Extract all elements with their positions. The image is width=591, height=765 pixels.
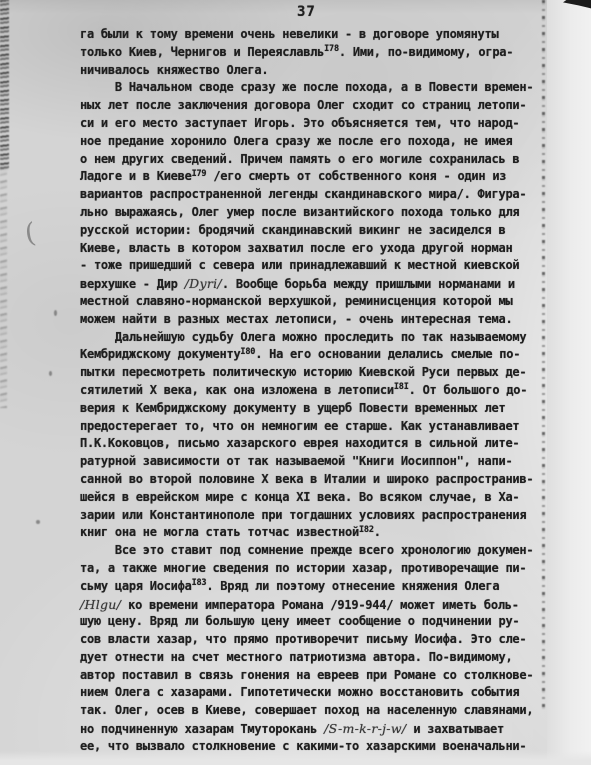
text-line: ных лет после заключения договора Олег с… [80, 97, 552, 115]
scan-left-edge-marks-faint [0, 168, 7, 408]
handwritten-insert: /S-m-k-r-j-w/ [324, 721, 406, 736]
text-line: Киеве, власть в котором захватил после е… [80, 240, 552, 258]
footnote-ref: I82 [359, 525, 374, 535]
footnote-ref: I8I [394, 382, 409, 392]
text-line: Все это ставит под сомнение прежде всего… [80, 542, 552, 560]
text-line: ное предание хоронило Олега сразу же пос… [80, 133, 552, 151]
text-line: шейся в еврейском мире с конца XI века. … [80, 489, 552, 507]
text-line: /Hlgu/ ко времени императора Романа /919… [80, 596, 552, 614]
scan-speck [36, 520, 40, 524]
text-line: зарии или Константинополе при тогдашних … [80, 507, 552, 525]
footnote-ref: I78 [324, 44, 339, 54]
text-line: но подчиненную хазарам Тмуторокань /S-m-… [80, 720, 552, 738]
text-line: верхушке - Дир /Dyri/. Вообще борьба меж… [80, 275, 552, 293]
text-line: местной славяно-норманской верхушкой, ре… [80, 293, 552, 311]
text-line: сьму царя ИосифаI83. Вряд ли поэтому отн… [80, 578, 552, 596]
text-line: только Киев, Чернигов и ПереяславльI78. … [80, 44, 552, 62]
text-line: ее, что вызвало столкновение с какими-то… [80, 738, 552, 756]
footnote-ref: I83 [192, 578, 207, 588]
text-line: П.К.Коковцов, письмо хазарского еврея на… [80, 435, 552, 453]
text-line: вариантов распространенной легенды сканд… [80, 186, 552, 204]
text-line: русской истории: бродячий скандинавский … [80, 222, 552, 240]
footnote-ref: I79 [192, 169, 207, 179]
scan-left-edge-marks [0, 0, 9, 170]
text-line: та, а также многие сведения по истории х… [80, 560, 552, 578]
text-line: сов власти хазар, что прямо противоречит… [80, 631, 552, 649]
text-line: га были к тому времени очень невелики - … [80, 26, 552, 44]
text-line: автор поставил в связь гонения на евреев… [80, 667, 552, 685]
scanned-document-page: ( 37 га были к тому времени очень невели… [0, 0, 591, 765]
text-line: ратурной зависимости от так называемой "… [80, 453, 552, 471]
text-line: льно выражаясь, Олег умер после византий… [80, 204, 552, 222]
text-line: - тоже пришедший с севера или принадлежа… [80, 257, 552, 275]
text-line: верия к Кембриджскому документу в ущерб … [80, 400, 552, 418]
text-line: так. Олег, осев в Киеве, совершает поход… [80, 702, 552, 720]
text-line: нием Олега с хазарами. Гипотетически мож… [80, 684, 552, 702]
typewritten-text: га были к тому времени очень невелики - … [80, 26, 552, 756]
text-line: шую цену. Вряд ли большую цену имеет соо… [80, 613, 552, 631]
handwritten-insert: /Hlgu/ [80, 597, 121, 612]
text-line: си и его место заступает Игорь. Это объя… [80, 115, 552, 133]
scan-speck [54, 310, 57, 316]
text-line: книг она не могла стать тотчас известной… [80, 524, 552, 542]
page-number: 37 [297, 4, 316, 20]
text-line: санной во второй половине X века в Итали… [80, 471, 552, 489]
footnote-ref: I80 [240, 347, 255, 357]
text-line: можем найти в разных местах летописи, - … [80, 311, 552, 329]
text-line: В Начальном своде сразу же после похода,… [80, 79, 552, 97]
handwritten-paren-mark: ( [23, 217, 38, 249]
text-line: Ладоге и в КиевеI79 /его смерть от собст… [80, 168, 552, 186]
text-line: о нем других сведений. Причем память о е… [80, 151, 552, 169]
text-line: сятилетий X века, как она изложена в лет… [80, 382, 552, 400]
text-line: ничивалось княжество Олега. [80, 62, 552, 80]
scan-speck [49, 371, 52, 376]
text-line: пытки пересмотреть политическую историю … [80, 364, 552, 382]
text-line: дует отнести на счет местного патриотизм… [80, 649, 552, 667]
text-line: предостерегает то, что он немногим ее ст… [80, 418, 552, 436]
handwritten-insert: /Dyri/ [185, 276, 222, 291]
scan-right-margin-band [547, 0, 591, 765]
text-line: Дальнейшую судьбу Олега можно проследить… [80, 329, 552, 347]
text-line: Кембриджскому документуI80. На его основ… [80, 346, 552, 364]
